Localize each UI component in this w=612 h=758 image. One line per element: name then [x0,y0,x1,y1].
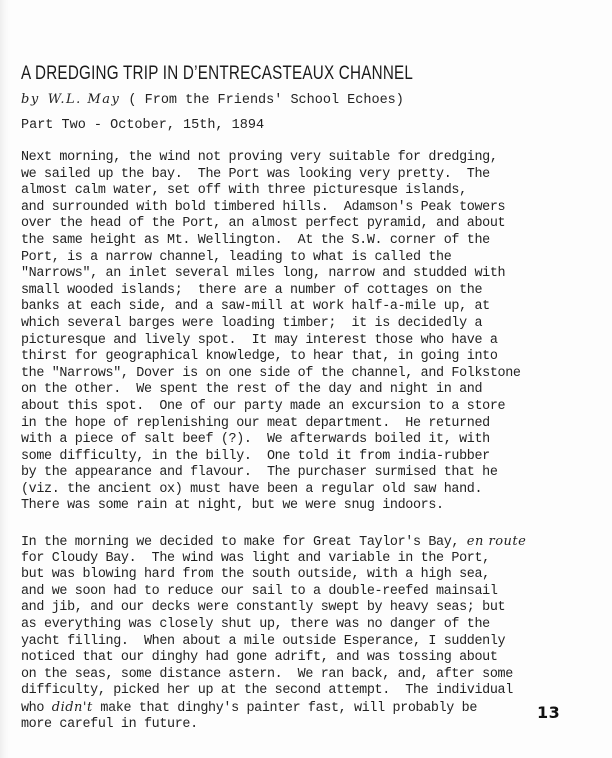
text-line: and we soon had to reduce our sail to a … [21,584,526,601]
text-line: (viz. the ancient ox) must have been a r… [21,482,521,499]
document-page: A DREDGING TRIP IN D’ENTRECASTEAUX CHANN… [0,0,612,758]
text-line: which several barges were loading timber… [21,316,521,333]
text-line: some difficulty, in the billy. One told … [21,449,521,466]
text-line: difficulty, picked her up at the second … [21,683,526,700]
text-line: and surrounded with bold timbered hills.… [21,200,521,217]
italic-phrase: didn't [52,700,93,715]
text-line: on the seas, some distance astern. We ra… [21,667,526,684]
text-line: in the hope of replenishing our meat dep… [21,416,521,433]
text-line: about this spot. One of our party made a… [21,399,521,416]
text-line: on the other. We spent the rest of the d… [21,382,521,399]
text-line: noticed that our dinghy had gone adrift,… [21,650,526,667]
text-line: but was blowing hard from the south outs… [21,567,526,584]
paragraph-1: Next morning, the wind not proving very … [21,150,521,515]
text-line: we sailed up the bay. The Port was looki… [21,167,521,184]
paragraph-2: In the morning we decided to make for Gr… [21,534,526,733]
text-line: over the head of the Port, an almost per… [21,216,521,233]
text-line: yacht filling. When about a mile outside… [21,634,526,651]
text-line: small wooded islands; there are a number… [21,283,521,300]
text-line: the same height as Mt. Wellington. At th… [21,233,521,250]
text-line: who didn't make that dinghy's painter fa… [21,700,526,717]
text-line: as everything was closely shut up, there… [21,617,526,634]
text-line: Port, is a narrow channel, leading to wh… [21,250,521,267]
text-line: and jib, and our decks were constantly s… [21,600,526,617]
byline-prefix: by [21,92,40,107]
italic-phrase: en route [467,534,527,549]
part-heading: Part Two - October, 15th, 1894 [21,118,264,133]
text-line: for Cloudy Bay. The wind was light and v… [21,551,526,568]
page-number: 13 [537,703,560,722]
text-line: almost calm water, set off with three pi… [21,183,521,200]
byline-author: W.L. May [48,92,121,107]
text-line: the "Narrows", Dover is on one side of t… [21,366,521,383]
text-line: Next morning, the wind not proving very … [21,150,521,167]
text-line: thirst for geographical knowledge, to he… [21,349,521,366]
byline: by W.L. May ( From the Friends' School E… [21,92,404,108]
text-line: In the morning we decided to make for Gr… [21,534,526,551]
text-line: picturesque and lively spot. It may inte… [21,333,521,350]
byline-source: ( From the Friends' School Echoes) [128,93,403,108]
text-line: "Narrows", an inlet several miles long, … [21,266,521,283]
text-line: with a piece of salt beef (?). We afterw… [21,432,521,449]
text-line: more careful in future. [21,717,526,734]
text-line: banks at each side, and a saw-mill at wo… [21,299,521,316]
text-line: by the appearance and flavour. The purch… [21,465,521,482]
article-title: A DREDGING TRIP IN D’ENTRECASTEAUX CHANN… [21,62,413,85]
text-line: There was some rain at night, but we wer… [21,498,521,515]
